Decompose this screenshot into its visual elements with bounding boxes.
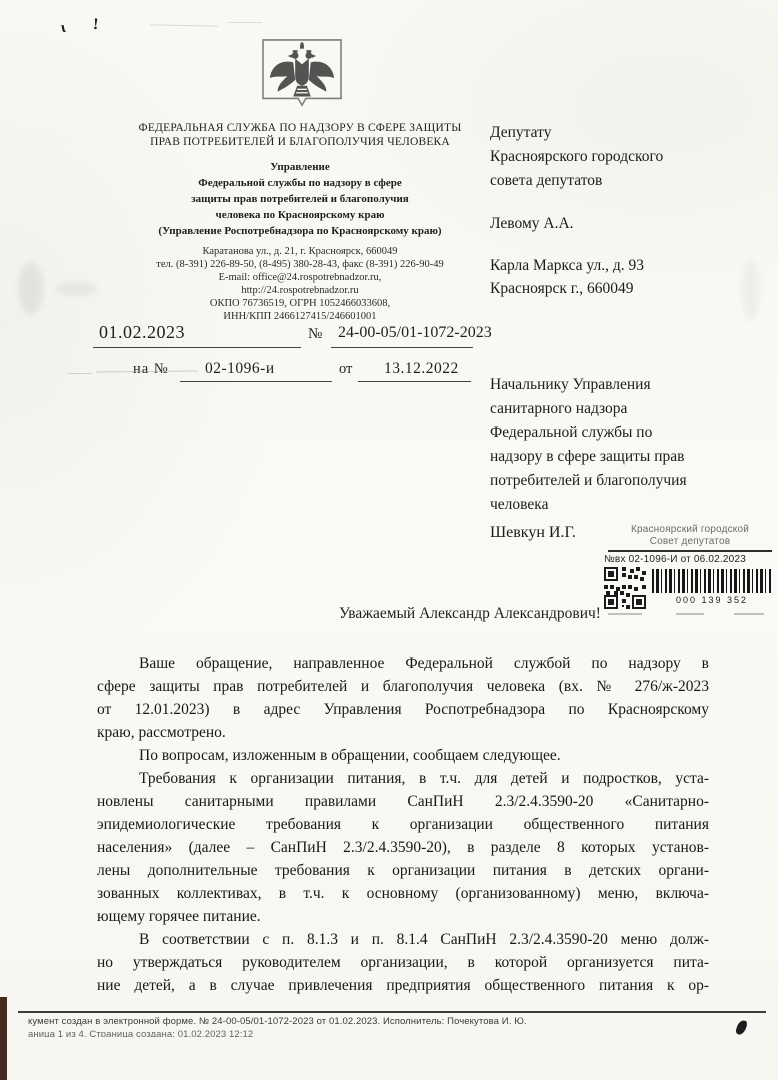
footer-meta-line: кумент создан в электронной форме. № 24-… <box>28 1016 527 1027</box>
stamp-rule <box>608 550 772 552</box>
org-contacts: Каратанова ул., д. 21, г. Красноярск, 66… <box>110 245 490 323</box>
text-line: Совет депутатов <box>604 536 776 548</box>
stamp-org-name: Красноярский городскойСовет депутатов <box>604 524 776 548</box>
text-line: но утверждаться руководителем организаци… <box>97 951 709 974</box>
text-line: http://24.rospotrebnadzor.ru <box>110 284 490 297</box>
scratch-artifact <box>228 22 262 23</box>
text-line: ющему горячее питание. <box>97 905 709 928</box>
letter-body: Ваше обращение, направленное Федеральной… <box>97 652 709 997</box>
text-line: ние детей, а в случае привлечения предпр… <box>97 974 709 997</box>
registration-stamp: Красноярский городскойСовет депутатов №в… <box>604 524 776 617</box>
text-line: надзору в сфере защиты прав <box>490 445 760 469</box>
reply-number: 02-1096-и <box>205 360 275 378</box>
text-line: краю, рассмотрено. <box>97 721 709 744</box>
text-line: Требования к организации питания, в т.ч.… <box>97 767 709 790</box>
scanned-letter-page: ι ! ФЕДЕРА <box>0 0 778 1080</box>
coat-of-arms-emblem <box>258 37 346 115</box>
text-line: человека <box>490 493 760 517</box>
text-line: Управление <box>110 159 490 175</box>
ink-mark: ι <box>59 20 67 38</box>
text-line: (Управление Роспотребнадзора по Краснояр… <box>110 223 490 239</box>
number-sign: № <box>308 326 322 343</box>
ink-mark <box>735 1019 748 1036</box>
scratch-artifact <box>150 24 218 26</box>
text-line: Красноярского городского <box>490 145 760 169</box>
text-line: Красноярский городской <box>604 524 776 536</box>
text-line: зованных коллективах, в т.ч. к основному… <box>97 882 709 905</box>
reply-from-label: от <box>339 361 352 378</box>
text-line: защиты прав потребителей и благополучия <box>110 191 490 207</box>
text-line: ОКПО 76736519, ОГРН 1052466033608, <box>110 297 490 310</box>
text-line: Депутату <box>490 121 760 145</box>
text-line: ФЕДЕРАЛЬНАЯ СЛУЖБА ПО НАДЗОРУ В СФЕРЕ ЗА… <box>110 121 490 135</box>
qr-code-icon <box>604 567 646 609</box>
text-line: Начальнику Управления <box>490 373 760 397</box>
double-headed-eagle-icon <box>258 37 346 115</box>
text-line: E-mail: office@24.rospotrebnadzor.ru, <box>110 271 490 284</box>
text-line: Федеральной службы по <box>490 421 760 445</box>
text-line: эпидемиологические требования к организа… <box>97 813 709 836</box>
stamp-fineprint <box>734 613 764 615</box>
stamp-registration-number: №вх 02-1096-И от 06.02.2023 <box>604 554 776 565</box>
text-line: от 12.01.2023) в адрес Управления Роспот… <box>97 698 709 721</box>
smudge-artifact <box>18 262 44 314</box>
footer-page-line: аница 1 из 4. Страница создана: 01.02.20… <box>28 1029 253 1037</box>
text-line: Каратанова ул., д. 21, г. Красноярск, 66… <box>110 245 490 258</box>
letter-number: 24-00-05/01-1072-2023 <box>338 324 492 342</box>
text-line: лены дополнительные требования к организ… <box>97 859 709 882</box>
scan-edge-bar <box>0 997 7 1080</box>
recipient-secondary-title: Начальнику Управлениясанитарного надзора… <box>490 373 760 517</box>
text-line: человека по Красноярскому краю <box>110 207 490 223</box>
underline <box>358 381 471 382</box>
barcode-icon <box>652 569 772 593</box>
reply-prefix: на № <box>133 361 169 378</box>
agency-name: ФЕДЕРАЛЬНАЯ СЛУЖБА ПО НАДЗОРУ В СФЕРЕ ЗА… <box>110 121 490 149</box>
text-line: Федеральной службы по надзору в сфере <box>110 175 490 191</box>
text-line: потребителей и благополучия <box>490 469 760 493</box>
salutation: Уважаемый Александр Александрович! <box>290 605 650 623</box>
footer-rule <box>18 1011 766 1013</box>
text-line: новлены санитарными правилами СанПиН 2.3… <box>97 790 709 813</box>
stamp-fineprint <box>676 613 704 615</box>
pencil-strike-artifact <box>68 373 92 374</box>
text-line: сфере защиты прав потребителей и благопо… <box>97 675 709 698</box>
text-line: Ваше обращение, направленное Федеральной… <box>97 652 709 675</box>
barcode-number: 000 139 352 <box>652 595 772 605</box>
text-line: ПРАВ ПОТРЕБИТЕЛЕЙ И БЛАГОПОЛУЧИЯ ЧЕЛОВЕК… <box>110 135 490 149</box>
recipient-primary-address: Карла Маркса ул., д. 93Красноярск г., 66… <box>490 254 760 300</box>
text-line: санитарного надзора <box>490 397 760 421</box>
paragraph: В соответствии с п. 8.1.3 и п. 8.1.4 Сан… <box>97 928 709 997</box>
underline <box>331 347 473 348</box>
text-line: Карла Маркса ул., д. 93 <box>490 254 760 277</box>
reply-date: 13.12.2022 <box>384 360 459 378</box>
text-line: тел. (8-391) 226-89-50, (8-495) 380-28-4… <box>110 258 490 271</box>
text-line: населения» (далее – СанПиН 2.3/2.4.3590-… <box>97 836 709 859</box>
recipient-primary-name: Левому А.А. <box>490 212 760 236</box>
ink-mark: ! <box>92 16 99 34</box>
paragraph: Ваше обращение, направленное Федеральной… <box>97 652 709 744</box>
text-line: По вопросам, изложенным в обращении, соо… <box>97 744 709 767</box>
letter-date: 01.02.2023 <box>99 322 185 343</box>
text-line: В соответствии с п. 8.1.3 и п. 8.1.4 Сан… <box>97 928 709 951</box>
recipient-primary-title: ДепутатуКрасноярского городскогосовета д… <box>490 121 760 193</box>
text-line: совета депутатов <box>490 169 760 193</box>
smudge-artifact <box>55 282 97 296</box>
paragraph: По вопросам, изложенным в обращении, соо… <box>97 744 709 767</box>
text-line: Красноярск г., 660049 <box>490 277 760 300</box>
paragraph: Требования к организации питания, в т.ч.… <box>97 767 709 928</box>
org-name: УправлениеФедеральной службы по надзору … <box>110 159 490 239</box>
underline <box>180 381 332 382</box>
underline <box>93 347 301 348</box>
